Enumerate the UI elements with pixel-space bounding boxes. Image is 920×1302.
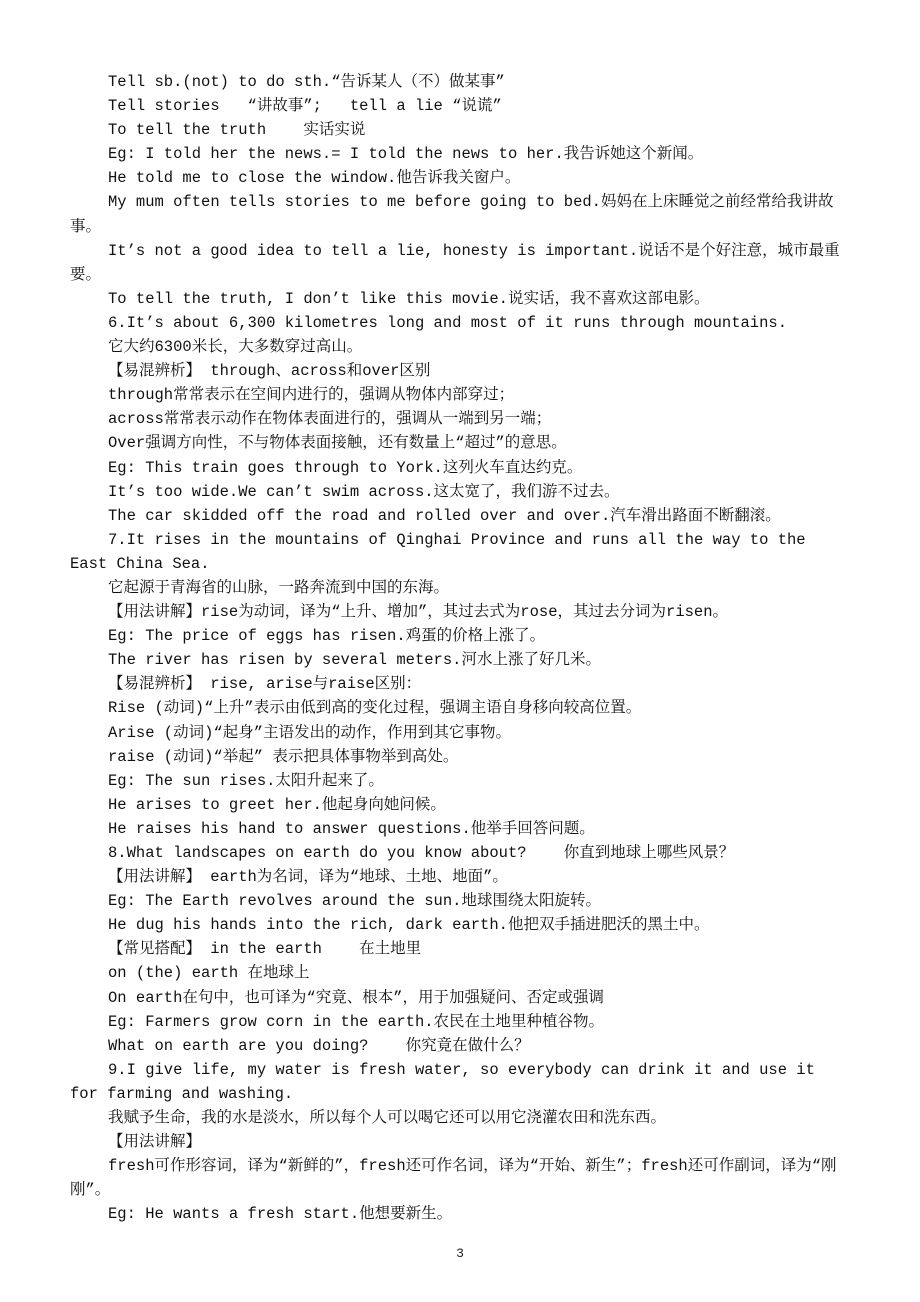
paragraph: Eg: The price of eggs has risen.鸡蛋的价格上涨了… (70, 624, 850, 648)
paragraph: Over强调方向性，不与物体表面接触，还有数量上“超过”的意思。 (70, 431, 850, 455)
paragraph: The river has risen by several meters.河水… (70, 648, 850, 672)
paragraph: Eg: He wants a fresh start.他想要新生。 (70, 1202, 850, 1226)
document-page: Tell sb.(not) to do sth.“告诉某人（不）做某事” Tel… (70, 70, 850, 1227)
paragraph: 9.I give life, my water is fresh water, … (70, 1058, 850, 1106)
paragraph: My mum often tells stories to me before … (70, 190, 850, 238)
paragraph: The car skidded off the road and rolled … (70, 504, 850, 528)
section-heading: 【用法讲解】 (70, 1130, 850, 1154)
paragraph: on (the) earth 在地球上 (70, 961, 850, 985)
paragraph: It’s too wide.We can’t swim across.这太宽了，… (70, 480, 850, 504)
paragraph: across常常表示动作在物体表面进行的，强调从一端到另一端； (70, 407, 850, 431)
paragraph: 它起源于青海省的山脉，一路奔流到中国的东海。 (70, 576, 850, 600)
paragraph: He told me to close the window.他告诉我关窗户。 (70, 166, 850, 190)
paragraph: Eg: The Earth revolves around the sun.地球… (70, 889, 850, 913)
section-heading: 【用法讲解】 earth为名词，译为“地球、土地、地面”。 (70, 865, 850, 889)
paragraph: On earth在句中，也可译为“究竟、根本”，用于加强疑问、否定或强调 (70, 986, 850, 1010)
paragraph: raise (动词)“举起” 表示把具体事物举到高处。 (70, 745, 850, 769)
paragraph: 8.What landscapes on earth do you know a… (70, 841, 850, 865)
section-heading: 【易混辨析】 rise, arise与raise区别： (70, 672, 850, 696)
section-heading: 【常见搭配】 in the earth 在土地里 (70, 937, 850, 961)
paragraph: Eg: Farmers grow corn in the earth.农民在土地… (70, 1010, 850, 1034)
section-heading: 【易混辨析】 through、across和over区别 (70, 359, 850, 383)
paragraph: through常常表示在空间内进行的，强调从物体内部穿过； (70, 383, 850, 407)
paragraph: Tell stories “讲故事”; tell a lie “说谎” (70, 94, 850, 118)
paragraph: 我赋予生命，我的水是淡水，所以每个人可以喝它还可以用它浇灌农田和洗东西。 (70, 1106, 850, 1130)
paragraph: He dug his hands into the rich, dark ear… (70, 913, 850, 937)
paragraph: He raises his hand to answer questions.他… (70, 817, 850, 841)
paragraph: fresh可作形容词，译为“新鲜的”，fresh还可作名词，译为“开始、新生”；… (70, 1154, 850, 1202)
paragraph: Eg: I told her the news.= I told the new… (70, 142, 850, 166)
paragraph: Tell sb.(not) to do sth.“告诉某人（不）做某事” (70, 70, 850, 94)
paragraph: 6.It’s about 6,300 kilometres long and m… (70, 311, 850, 335)
paragraph: Eg: This train goes through to York.这列火车… (70, 456, 850, 480)
paragraph: He arises to greet her.他起身向她问候。 (70, 793, 850, 817)
paragraph: To tell the truth, I don’t like this mov… (70, 287, 850, 311)
paragraph: Rise (动词)“上升”表示由低到高的变化过程，强调主语自身移向较高位置。 (70, 696, 850, 720)
page-number: 3 (0, 1246, 920, 1261)
paragraph: Eg: The sun rises.太阳升起来了。 (70, 769, 850, 793)
paragraph: It’s not a good idea to tell a lie, hone… (70, 239, 850, 287)
paragraph: 7.It rises in the mountains of Qinghai P… (70, 528, 850, 576)
paragraph: What on earth are you doing? 你究竟在做什么？ (70, 1034, 850, 1058)
paragraph: To tell the truth 实话实说 (70, 118, 850, 142)
paragraph: Arise (动词)“起身”主语发出的动作，作用到其它事物。 (70, 721, 850, 745)
paragraph: 它大约6300米长，大多数穿过高山。 (70, 335, 850, 359)
section-heading: 【用法讲解】rise为动词，译为“上升、增加”，其过去式为rose，其过去分词为… (70, 600, 850, 624)
